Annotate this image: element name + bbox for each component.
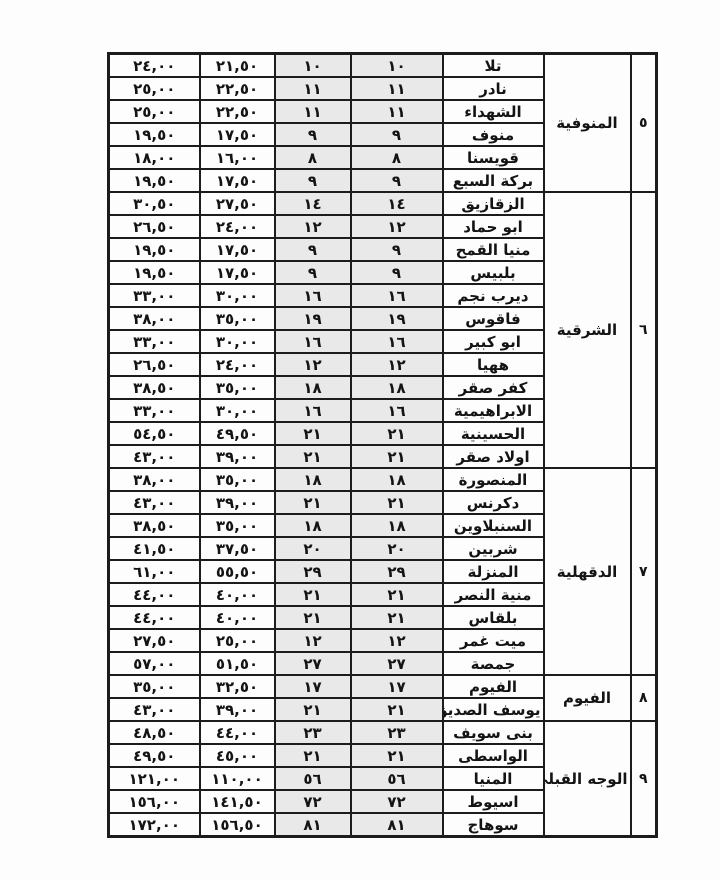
district-name-cell: الشهداء [443, 100, 544, 123]
district-name-cell: ابو كبير [443, 330, 544, 353]
price-a-cell: ١٧,٥٠ [200, 261, 275, 284]
qty-b-cell: ١٧ [275, 675, 351, 698]
governorate-rates-table: ٥المنوفيةتلا١٠١٠٢١,٥٠٢٤,٠٠نادر١١١١٢٢,٥٠٢… [107, 52, 658, 838]
district-name-cell: جمصة [443, 652, 544, 675]
section-serial-cell: ٩ [631, 721, 657, 837]
price-a-cell: ٣٥,٠٠ [200, 307, 275, 330]
qty-b-cell: ١٦ [275, 284, 351, 307]
qty-a-cell: ٨١ [351, 813, 443, 837]
price-a-cell: ١٤١,٥٠ [200, 790, 275, 813]
qty-a-cell: ٢١ [351, 445, 443, 468]
qty-b-cell: ٢١ [275, 491, 351, 514]
price-b-cell: ٢٦,٥٠ [109, 353, 200, 376]
qty-b-cell: ١٨ [275, 514, 351, 537]
table-row: ٩الوجه القبلىبنى سويف٢٣٢٣٤٤,٠٠٤٨,٥٠ [109, 721, 657, 744]
price-a-cell: ٢١,٥٠ [200, 54, 275, 78]
district-name-cell: شربين [443, 537, 544, 560]
qty-a-cell: ١٦ [351, 284, 443, 307]
qty-a-cell: ٢٩ [351, 560, 443, 583]
price-b-cell: ٢٥,٠٠ [109, 100, 200, 123]
qty-b-cell: ١١ [275, 100, 351, 123]
table-row: ٧الدقهليةالمنصورة١٨١٨٣٥,٠٠٣٨,٠٠ [109, 468, 657, 491]
price-a-cell: ٥٥,٥٠ [200, 560, 275, 583]
qty-b-cell: ٢٠ [275, 537, 351, 560]
qty-a-cell: ١٠ [351, 54, 443, 78]
qty-a-cell: ٧٢ [351, 790, 443, 813]
qty-a-cell: ٢٧ [351, 652, 443, 675]
table-row: ٦الشرقيةالزقازيق١٤١٤٢٧,٥٠٣٠,٥٠ [109, 192, 657, 215]
qty-b-cell: ٢٣ [275, 721, 351, 744]
price-b-cell: ١٥٦,٠٠ [109, 790, 200, 813]
price-b-cell: ٢٤,٠٠ [109, 54, 200, 78]
qty-a-cell: ١٩ [351, 307, 443, 330]
price-b-cell: ٤٣,٠٠ [109, 698, 200, 721]
section-serial-cell: ٧ [631, 468, 657, 675]
price-b-cell: ٢٧,٥٠ [109, 629, 200, 652]
price-b-cell: ٣٠,٥٠ [109, 192, 200, 215]
district-name-cell: سوهاج [443, 813, 544, 837]
price-b-cell: ٥٤,٥٠ [109, 422, 200, 445]
district-name-cell: الحسينية [443, 422, 544, 445]
qty-b-cell: ٨١ [275, 813, 351, 837]
qty-b-cell: ٢٩ [275, 560, 351, 583]
qty-a-cell: ٢٣ [351, 721, 443, 744]
district-name-cell: المنزلة [443, 560, 544, 583]
district-name-cell: قويسنا [443, 146, 544, 169]
qty-b-cell: ١٨ [275, 376, 351, 399]
price-b-cell: ٥٧,٠٠ [109, 652, 200, 675]
price-b-cell: ٤٤,٠٠ [109, 606, 200, 629]
governorate-name-cell: الشرقية [544, 192, 631, 468]
price-b-cell: ٦١,٠٠ [109, 560, 200, 583]
price-a-cell: ٢٥,٠٠ [200, 629, 275, 652]
district-name-cell: اولاد صقر [443, 445, 544, 468]
qty-a-cell: ١١ [351, 77, 443, 100]
district-name-cell: الفيوم [443, 675, 544, 698]
governorate-name-cell: الفيوم [544, 675, 631, 721]
district-name-cell: بركة السبع [443, 169, 544, 192]
price-b-cell: ٤٩,٥٠ [109, 744, 200, 767]
section-serial-cell: ٨ [631, 675, 657, 721]
qty-a-cell: ١٦ [351, 330, 443, 353]
price-a-cell: ٣٠,٠٠ [200, 399, 275, 422]
price-a-cell: ٣٩,٠٠ [200, 491, 275, 514]
price-a-cell: ٣٧,٥٠ [200, 537, 275, 560]
qty-b-cell: ٩ [275, 261, 351, 284]
price-b-cell: ٣٣,٠٠ [109, 284, 200, 307]
district-name-cell: الابراهيمية [443, 399, 544, 422]
qty-a-cell: ٩ [351, 261, 443, 284]
price-b-cell: ٣٨,٥٠ [109, 514, 200, 537]
qty-a-cell: ٢٠ [351, 537, 443, 560]
price-b-cell: ٣٣,٠٠ [109, 330, 200, 353]
district-name-cell: المنيا [443, 767, 544, 790]
price-b-cell: ١٩,٥٠ [109, 123, 200, 146]
qty-b-cell: ٩ [275, 123, 351, 146]
district-name-cell: الواسطى [443, 744, 544, 767]
qty-b-cell: ٢١ [275, 445, 351, 468]
district-name-cell: ميت غمر [443, 629, 544, 652]
qty-b-cell: ١٨ [275, 468, 351, 491]
price-b-cell: ١٩,٥٠ [109, 169, 200, 192]
price-b-cell: ٣٥,٠٠ [109, 675, 200, 698]
qty-a-cell: ١٤ [351, 192, 443, 215]
qty-a-cell: ١١ [351, 100, 443, 123]
section-serial-cell: ٦ [631, 192, 657, 468]
price-b-cell: ٤٨,٥٠ [109, 721, 200, 744]
price-b-cell: ٢٥,٠٠ [109, 77, 200, 100]
district-name-cell: تلا [443, 54, 544, 78]
district-name-cell: الزقازيق [443, 192, 544, 215]
qty-a-cell: ٩ [351, 169, 443, 192]
price-b-cell: ٣٨,٠٠ [109, 468, 200, 491]
district-name-cell: اسيوط [443, 790, 544, 813]
qty-b-cell: ٢١ [275, 583, 351, 606]
price-a-cell: ٣٥,٠٠ [200, 514, 275, 537]
qty-a-cell: ٥٦ [351, 767, 443, 790]
price-b-cell: ٤٣,٠٠ [109, 445, 200, 468]
price-b-cell: ١٢١,٠٠ [109, 767, 200, 790]
district-name-cell: المنصورة [443, 468, 544, 491]
district-name-cell: منية النصر [443, 583, 544, 606]
qty-a-cell: ٨ [351, 146, 443, 169]
qty-b-cell: ٢١ [275, 422, 351, 445]
qty-a-cell: ٢١ [351, 744, 443, 767]
price-a-cell: ٤٩,٥٠ [200, 422, 275, 445]
price-a-cell: ١٥٦,٥٠ [200, 813, 275, 837]
price-a-cell: ١٧,٥٠ [200, 238, 275, 261]
price-b-cell: ٢٦,٥٠ [109, 215, 200, 238]
district-name-cell: ابو حماد [443, 215, 544, 238]
price-b-cell: ٤١,٥٠ [109, 537, 200, 560]
price-a-cell: ٣٠,٠٠ [200, 330, 275, 353]
qty-a-cell: ٢١ [351, 583, 443, 606]
price-a-cell: ٢٢,٥٠ [200, 100, 275, 123]
qty-b-cell: ١١ [275, 77, 351, 100]
qty-a-cell: ١٨ [351, 468, 443, 491]
district-name-cell: كفر صقر [443, 376, 544, 399]
qty-b-cell: ٩ [275, 169, 351, 192]
district-name-cell: نادر [443, 77, 544, 100]
qty-a-cell: ٩ [351, 123, 443, 146]
price-a-cell: ٣٥,٠٠ [200, 376, 275, 399]
qty-a-cell: ١٨ [351, 376, 443, 399]
governorate-name-cell: الدقهلية [544, 468, 631, 675]
qty-b-cell: ٢١ [275, 606, 351, 629]
governorate-name-cell: الوجه القبلى [544, 721, 631, 837]
qty-b-cell: ٥٦ [275, 767, 351, 790]
price-b-cell: ٣٣,٠٠ [109, 399, 200, 422]
price-a-cell: ٣٩,٠٠ [200, 445, 275, 468]
qty-b-cell: ١٠ [275, 54, 351, 78]
qty-b-cell: ٢١ [275, 744, 351, 767]
price-b-cell: ٣٨,٥٠ [109, 376, 200, 399]
district-name-cell: بلقاس [443, 606, 544, 629]
rates-table-body: ٥المنوفيةتلا١٠١٠٢١,٥٠٢٤,٠٠نادر١١١١٢٢,٥٠٢… [109, 54, 657, 837]
price-a-cell: ٣٢,٥٠ [200, 675, 275, 698]
qty-a-cell: ١٢ [351, 215, 443, 238]
qty-b-cell: ٩ [275, 238, 351, 261]
price-b-cell: ١٩,٥٠ [109, 261, 200, 284]
qty-b-cell: ١٦ [275, 399, 351, 422]
governorate-name-cell: المنوفية [544, 54, 631, 193]
table-row: ٥المنوفيةتلا١٠١٠٢١,٥٠٢٤,٠٠ [109, 54, 657, 78]
qty-b-cell: ٧٢ [275, 790, 351, 813]
district-name-cell: ههيا [443, 353, 544, 376]
district-name-cell: دكرنس [443, 491, 544, 514]
price-a-cell: ٢٤,٠٠ [200, 353, 275, 376]
price-b-cell: ١٨,٠٠ [109, 146, 200, 169]
qty-b-cell: ١٩ [275, 307, 351, 330]
district-name-cell: منوف [443, 123, 544, 146]
price-b-cell: ٣٨,٠٠ [109, 307, 200, 330]
qty-b-cell: ٨ [275, 146, 351, 169]
price-a-cell: ٣٩,٠٠ [200, 698, 275, 721]
price-a-cell: ٥١,٥٠ [200, 652, 275, 675]
qty-a-cell: ٢١ [351, 491, 443, 514]
qty-a-cell: ١٨ [351, 514, 443, 537]
table-row: ٨الفيومالفيوم١٧١٧٣٢,٥٠٣٥,٠٠ [109, 675, 657, 698]
district-name-cell: يوسف الصديق [443, 698, 544, 721]
scanned-document-page: ٥المنوفيةتلا١٠١٠٢١,٥٠٢٤,٠٠نادر١١١١٢٢,٥٠٢… [0, 0, 720, 880]
district-name-cell: بلبيس [443, 261, 544, 284]
district-name-cell: ديرب نجم [443, 284, 544, 307]
price-a-cell: ١١٠,٠٠ [200, 767, 275, 790]
price-a-cell: ٤٤,٠٠ [200, 721, 275, 744]
price-b-cell: ٤٣,٠٠ [109, 491, 200, 514]
qty-b-cell: ١٢ [275, 215, 351, 238]
qty-b-cell: ١٢ [275, 629, 351, 652]
section-serial-cell: ٥ [631, 54, 657, 193]
qty-b-cell: ٢١ [275, 698, 351, 721]
qty-a-cell: ١٢ [351, 629, 443, 652]
price-a-cell: ٢٧,٥٠ [200, 192, 275, 215]
district-name-cell: بنى سويف [443, 721, 544, 744]
qty-b-cell: ١٦ [275, 330, 351, 353]
price-a-cell: ١٧,٥٠ [200, 123, 275, 146]
qty-b-cell: ١٢ [275, 353, 351, 376]
district-name-cell: السنبلاوين [443, 514, 544, 537]
qty-a-cell: ٩ [351, 238, 443, 261]
district-name-cell: فاقوس [443, 307, 544, 330]
price-a-cell: ٤٠,٠٠ [200, 583, 275, 606]
district-name-cell: منيا القمح [443, 238, 544, 261]
qty-a-cell: ١٧ [351, 675, 443, 698]
price-a-cell: ٤٠,٠٠ [200, 606, 275, 629]
qty-a-cell: ٢١ [351, 422, 443, 445]
price-a-cell: ٣٥,٠٠ [200, 468, 275, 491]
price-a-cell: ١٦,٠٠ [200, 146, 275, 169]
price-a-cell: ٣٠,٠٠ [200, 284, 275, 307]
price-a-cell: ٤٥,٠٠ [200, 744, 275, 767]
qty-a-cell: ٢١ [351, 606, 443, 629]
qty-a-cell: ٢١ [351, 698, 443, 721]
qty-b-cell: ٢٧ [275, 652, 351, 675]
price-b-cell: ١٩,٥٠ [109, 238, 200, 261]
price-a-cell: ٢٤,٠٠ [200, 215, 275, 238]
qty-a-cell: ١٢ [351, 353, 443, 376]
qty-a-cell: ١٦ [351, 399, 443, 422]
price-a-cell: ١٧,٥٠ [200, 169, 275, 192]
price-a-cell: ٢٢,٥٠ [200, 77, 275, 100]
price-b-cell: ٤٤,٠٠ [109, 583, 200, 606]
qty-b-cell: ١٤ [275, 192, 351, 215]
price-b-cell: ١٧٢,٠٠ [109, 813, 200, 837]
